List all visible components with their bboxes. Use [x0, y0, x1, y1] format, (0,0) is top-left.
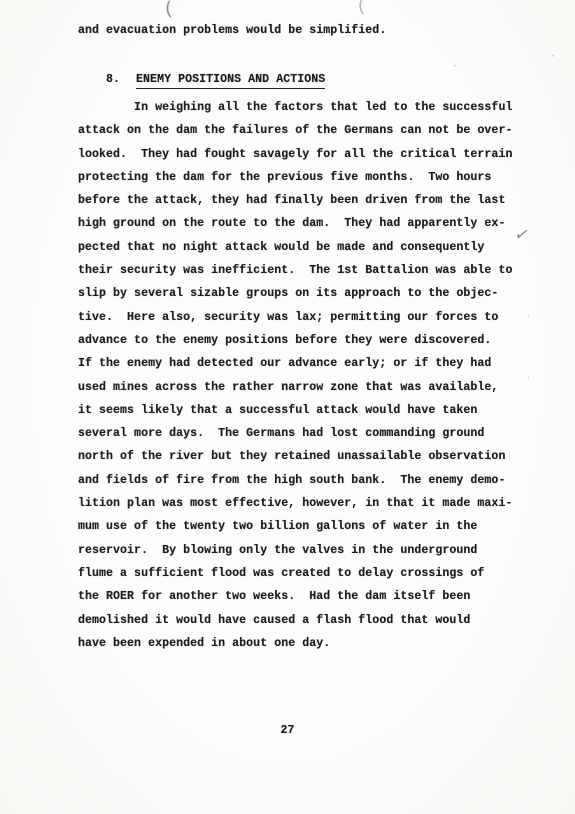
- checkmark-annotation: ✓: [512, 224, 532, 245]
- pencil-paren-mark-left: (: [164, 0, 173, 20]
- paper-speck: ˋ: [523, 377, 531, 388]
- page-number: 27: [0, 724, 575, 737]
- paper-speck: ·: [551, 52, 554, 62]
- pencil-paren-mark-right: (: [357, 0, 366, 17]
- paper-speck: ˋ: [525, 315, 531, 326]
- previous-paragraph-closing-line: and evacuation problems would be simplif…: [78, 24, 386, 37]
- paper-speck: ·: [453, 62, 456, 72]
- scanned-document-page: and evacuation problems would be simplif…: [0, 0, 575, 814]
- section-title: ENEMY POSITIONS AND ACTIONS: [136, 73, 325, 89]
- paragraph-text: In weighing all the factors that led to …: [78, 96, 512, 655]
- section-number: 8.: [106, 73, 120, 86]
